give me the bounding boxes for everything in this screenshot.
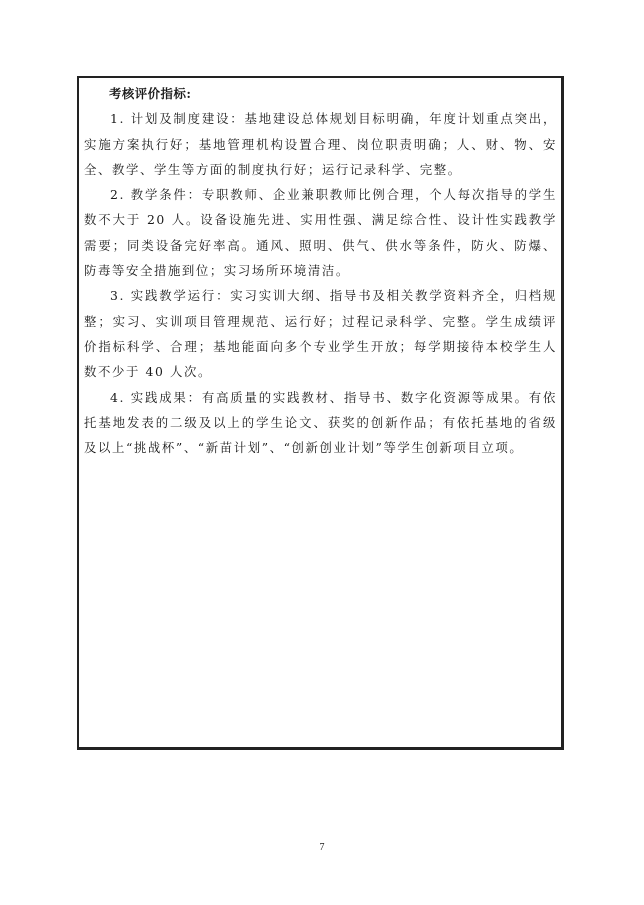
criteria-paragraph-practice-results: 4. 实践成果：有高质量的实践教材、指导书、数字化资源等成果。有依托基地发表的二… [84,385,557,461]
criteria-paragraph-practice-operation: 3. 实践教学运行：实习实训大纲、指导书及相关教学资料齐全，归档规整；实习、实训… [84,283,557,384]
criteria-paragraph-planning: 1. 计划及制度建设：基地建设总体规划目标明确，年度计划重点突出，实施方案执行好… [84,106,557,182]
page-number: 7 [0,842,644,853]
evaluation-criteria-content: 考核评价指标: 1. 计划及制度建设：基地建设总体规划目标明确，年度计划重点突出… [84,81,557,460]
criteria-paragraph-teaching-conditions: 2. 教学条件：专职教师、企业兼职教师比例合理，个人每次指导的学生数不大于 20… [84,182,557,283]
section-heading: 考核评价指标: [84,81,557,106]
evaluation-criteria-box: 考核评价指标: 1. 计划及制度建设：基地建设总体规划目标明确，年度计划重点突出… [77,76,564,750]
